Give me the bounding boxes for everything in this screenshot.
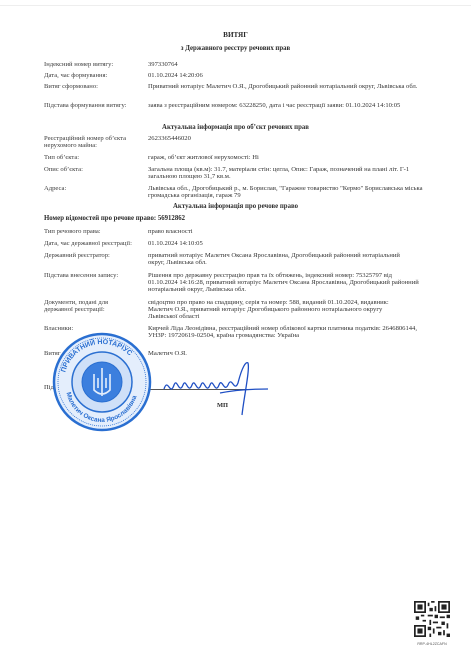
field-label: Дата, час формування:	[44, 72, 119, 79]
field-label: Опис об’єкта:	[44, 166, 119, 173]
document-subtitle: з Державного реєстру речових прав	[0, 45, 471, 52]
field-value: Загальна площа (кв.м): 31.7, матеріали с…	[148, 166, 423, 180]
section-title-object: Актуальна інформація про об’єкт речових …	[0, 124, 471, 131]
verification-code: RRP-4HL2ZCAFN	[404, 642, 460, 646]
field-value: 01.10.2024 14:10:05	[148, 240, 448, 247]
field-label: Тип об’єкта:	[44, 154, 119, 161]
field-label: Дата, час державної реєстрації:	[44, 240, 149, 247]
field-label: Реєстраційний номер об’єкта нерухомого м…	[44, 135, 144, 149]
signature-icon	[160, 357, 270, 417]
field-label: Адреса:	[44, 185, 119, 192]
field-label: Підстава внесення запису:	[44, 272, 144, 279]
field-label: Документи, подані для державної реєстрац…	[44, 299, 129, 313]
field-label: Витяг сформовано:	[44, 83, 119, 90]
field-value: Приватний нотаріус Малетич О.Я., Дрогоби…	[148, 83, 433, 90]
field-value: свідоцтво про право на спадщину, серія т…	[148, 299, 413, 321]
notary-stamp-icon: ПРИВАТНИЙ НОТАРІУС Малетич Оксана Яросла…	[52, 330, 152, 434]
section-title-right: Актуальна інформація про речове право	[0, 203, 471, 210]
field-label: Тип речового права:	[44, 228, 119, 235]
field-value: 01.10.2024 14:20:06	[148, 72, 448, 79]
field-value: приватний нотаріус Малетич Оксана Яросла…	[148, 252, 413, 266]
field-value: Львівська обл., Дрогобицький р., м. Бори…	[148, 185, 423, 199]
field-value: Кирчей Ліда Леонідівна, реєстраційний но…	[148, 325, 433, 339]
qr-code-icon	[414, 601, 450, 637]
page-top-border	[0, 5, 471, 6]
field-value: гараж, об’єкт житлової нерухомості: Ні	[148, 154, 448, 161]
field-label: Індексний номер витягу:	[44, 61, 119, 68]
field-label: Державний реєстратор:	[44, 252, 119, 259]
document-title: ВИТЯГ	[0, 31, 471, 39]
right-record-number: Номер відомостей про речове право: 56912…	[44, 215, 185, 222]
field-value: 2623365446020	[148, 135, 448, 142]
field-value: 397330764	[148, 61, 448, 68]
field-label: Підстава формування витягу:	[44, 102, 144, 109]
field-value: заява з реєстраційним номером: 63228250,…	[148, 102, 428, 109]
field-value: Рішення про державну реєстрацію прав та …	[148, 272, 423, 294]
field-value: право власності	[148, 228, 448, 235]
